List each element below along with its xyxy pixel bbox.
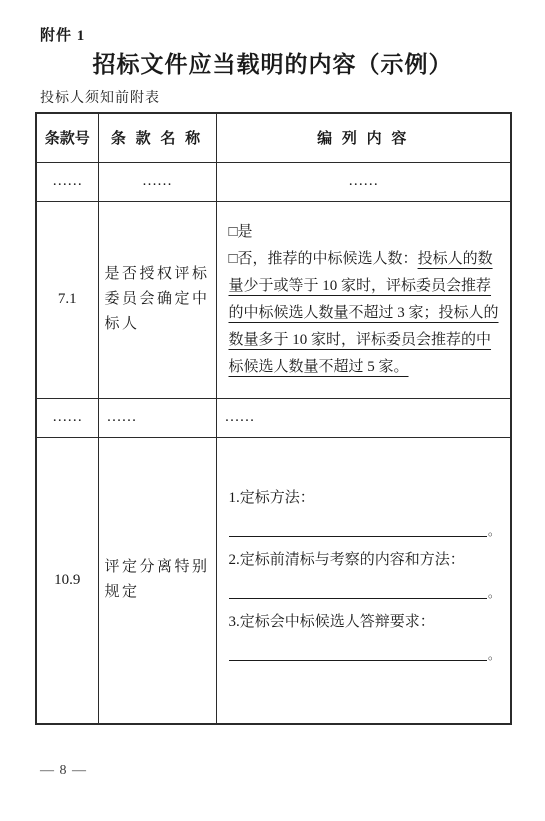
ellipsis-cell: ……	[216, 162, 511, 201]
blank-item-3: 3.定标会中标候选人答辩要求： 。	[229, 611, 501, 661]
table-header-row: 条款号 条 款 名 称 编 列 内 容	[36, 113, 511, 162]
page-number: — 8 —	[40, 763, 87, 779]
fill-in-line	[229, 651, 487, 661]
ellipsis-cell: ……	[36, 398, 98, 437]
attachment-label: 附件 1	[40, 24, 85, 45]
clause-no-10-9: 10.9	[36, 437, 98, 724]
ellipsis-cell: ……	[98, 398, 216, 437]
page-title: 招标文件应当载明的内容（示例）	[0, 46, 545, 79]
clause-content-7-1: □是 □否，推荐的中标候选人数：投标人的数量少于或等于 10 家时，评标委员会推…	[216, 201, 511, 398]
table-caption: 投标人须知前附表	[40, 87, 160, 107]
blank-item-1-label: 1.定标方法：	[229, 487, 501, 509]
ellipsis-cell: ……	[98, 162, 216, 201]
blank-item-1-period: 。	[487, 525, 500, 537]
header-clause-no: 条款号	[36, 113, 98, 162]
table-row-ellipsis-1: …… …… ……	[36, 162, 511, 201]
blank-item-3-line: 。	[229, 649, 501, 661]
clauses-table: 条款号 条 款 名 称 编 列 内 容 …… …… …… 7.1 是否授权评标委…	[35, 112, 512, 725]
blank-item-3-label: 3.定标会中标候选人答辩要求：	[229, 611, 501, 633]
checkbox-option-no-prefix: □否，推荐的中标候选人数：	[229, 251, 418, 267]
ellipsis-cell: ……	[36, 162, 98, 201]
checkbox-option-yes: □是	[229, 219, 501, 246]
blank-item-2: 2.定标前清标与考察的内容和方法： 。	[229, 549, 501, 599]
blank-item-1: 1.定标方法： 。	[229, 487, 501, 537]
blank-item-2-line: 。	[229, 587, 501, 599]
clause-name-7-1: 是否授权评标委员会确定中标人	[98, 201, 216, 398]
clause-content-10-9: 1.定标方法： 。 2.定标前清标与考察的内容和方法： 。	[216, 437, 511, 724]
blank-item-2-label: 2.定标前清标与考察的内容和方法：	[229, 549, 501, 571]
table-row-7-1: 7.1 是否授权评标委员会确定中标人 □是 □否，推荐的中标候选人数：投标人的数…	[36, 201, 511, 398]
blank-item-2-period: 。	[487, 587, 500, 599]
fill-in-line	[229, 527, 487, 537]
clause-name-10-9: 评定分离特别规定	[98, 437, 216, 724]
blank-item-3-period: 。	[487, 649, 500, 661]
clause-no-7-1: 7.1	[36, 201, 98, 398]
blank-item-1-line: 。	[229, 525, 501, 537]
header-clause-name: 条 款 名 称	[98, 113, 216, 162]
table-row-10-9: 10.9 评定分离特别规定 1.定标方法： 。 2.定标前清标与考察的内容和方法…	[36, 437, 511, 724]
fill-in-line	[229, 589, 487, 599]
table-row-ellipsis-2: …… …… ……	[36, 398, 511, 437]
header-content: 编 列 内 容	[216, 113, 511, 162]
document-page: 附件 1 招标文件应当载明的内容（示例） 投标人须知前附表 条款号 条 款 名 …	[0, 0, 545, 821]
fill-in-answer-text: 投标人的数量少于或等于 10 家时，评标委员会推荐的中标候选人数量不超过 3 家…	[229, 251, 499, 375]
checkbox-option-no: □否，推荐的中标候选人数：投标人的数量少于或等于 10 家时，评标委员会推荐的中…	[229, 246, 501, 381]
ellipsis-cell: ……	[216, 398, 511, 437]
